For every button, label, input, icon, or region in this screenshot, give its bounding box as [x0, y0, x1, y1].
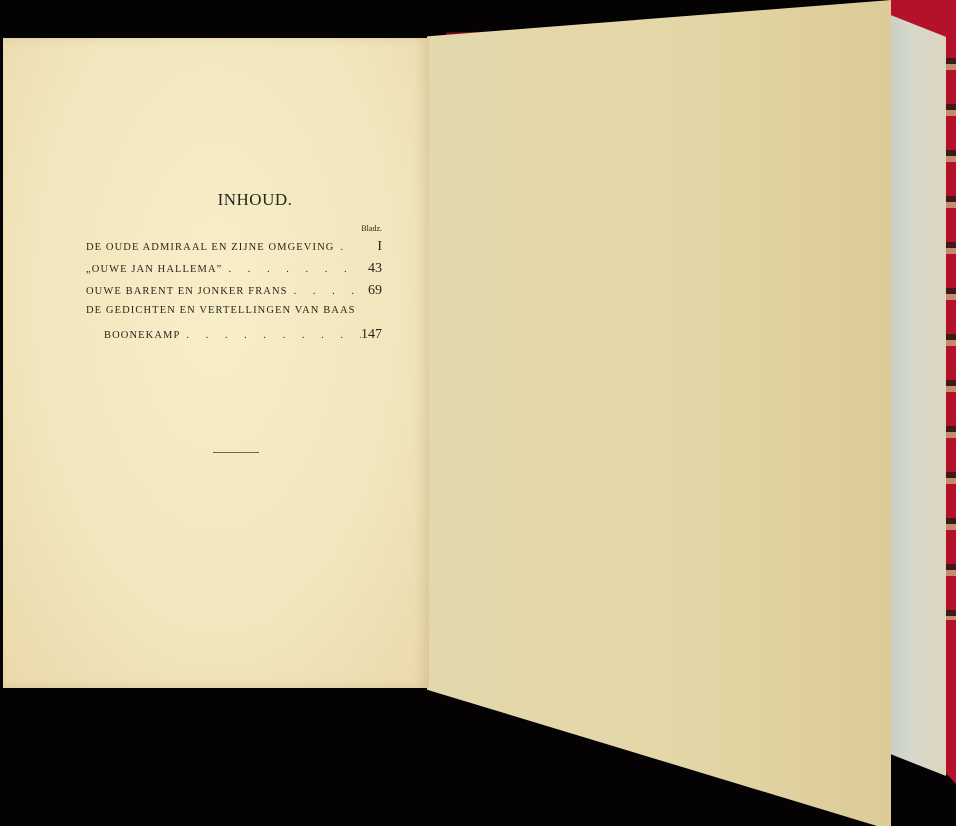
toc-leader-dots: . . . . — [288, 286, 366, 297]
toc-entry-title: „Ouwe Jan Hallema” — [86, 264, 222, 275]
toc-entry-page: 147 — [361, 327, 382, 343]
left-page — [3, 38, 429, 688]
toc-entry-page: 43 — [366, 261, 382, 277]
toc-entry: De oude admiraal en zijne omgeving . I — [86, 239, 382, 261]
toc-entry-page: 69 — [366, 283, 382, 299]
endpaper — [888, 14, 946, 776]
toc-entry-continuation: Boonekamp . . . . . . . . . . 147 — [86, 327, 382, 349]
toc-leader-dots: . — [334, 242, 366, 253]
toc-entry-page: I — [366, 239, 382, 255]
toc-entry: „Ouwe Jan Hallema” . . . . . . . 43 — [86, 261, 382, 283]
toc-entry-title: Ouwe Barent en Jonker Frans — [86, 286, 288, 297]
toc-entry: Ouwe Barent en Jonker Frans . . . . 69 — [86, 283, 382, 305]
toc-title: INHOUD. — [128, 190, 382, 210]
table-of-contents: INHOUD. Bladz. De oude admiraal en zijne… — [86, 190, 382, 349]
toc-entry-title: De oude admiraal en zijne omgeving — [86, 242, 334, 253]
toc-entry-title: Boonekamp — [104, 330, 180, 341]
toc-entry-title: De gedichten en vertellingen van Baas — [86, 305, 356, 316]
toc-entry: De gedichten en vertellingen van Baas — [86, 305, 382, 327]
toc-leader-dots: . . . . . . . — [222, 264, 366, 275]
page-column-label: Bladz. — [86, 224, 382, 233]
right-page-blank — [427, 0, 891, 826]
toc-leader-dots: . . . . . . . . . . — [180, 330, 361, 341]
decorative-rule — [213, 452, 259, 453]
